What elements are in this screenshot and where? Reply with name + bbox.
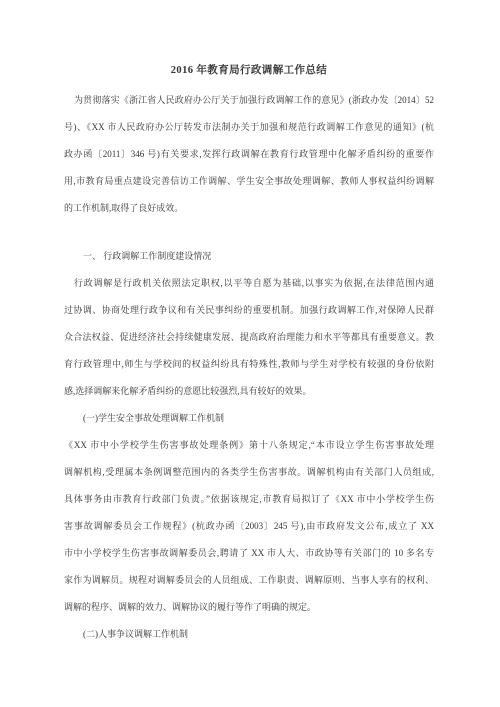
text-line: 一、 行政调解工作制度建设情况 — [64, 243, 434, 270]
text-line: 家作为调解员。规程对调解委员会的人员组成、工作职责、调解原则、当事人享有的权利、 — [64, 567, 434, 594]
text-line: 为贯彻落实《浙江省人民政府办公厅关于加强行政调解工作的意见》(浙政办发〔2014… — [64, 87, 434, 114]
text-line: 用,市教育局重点建设完善信访工作调解、学生安全事故处理调解、教师人事权益纠纷调解 — [64, 168, 434, 195]
document-page: 2016 年教育局行政调解工作总结 为贯彻落实《浙江省人民政府办公厅关于加强行政… — [0, 0, 500, 707]
document-body: 为贯彻落实《浙江省人民政府办公厅关于加强行政调解工作的意见》(浙政办发〔2014… — [64, 87, 434, 648]
text-line: 市中小学校学生伤害事故调解委员会,聘请了 XX 市人大、市政协等有关部门的 10… — [64, 540, 434, 567]
text-line: 政办函〔2011〕346 号)有关要求,发挥行政调解在教育行政管理中化解矛盾纠纷… — [64, 141, 434, 168]
text-line: 具体事务由市教育行政部门负责。”依据该规定,市教育局拟订了《XX 市中小学校学生… — [64, 486, 434, 513]
text-line: 行政调解是行政机关依照法定职权,以平等自愿为基础,以事实为依据,在法律范围内通 — [64, 270, 434, 297]
text-line: 的工作机制,取得了良好成效。 — [64, 195, 434, 222]
blank-line — [64, 222, 434, 243]
text-line: 害事故调解委员会工作规程》(杭政办函〔2003〕245 号),由市政府发文公布,… — [64, 513, 434, 540]
text-line: 育行政管理中,师生与学校间的权益纠纷具有特殊性,教师与学生对学校有较强的身份依附 — [64, 351, 434, 378]
text-line: 过协调、协商处理行政争议和有关民事纠纷的重要机制。加强行政调解工作,对保障人民群 — [64, 297, 434, 324]
text-line: 感,选择调解来化解矛盾纠纷的意愿比较强烈,具有较好的效果。 — [64, 378, 434, 405]
paragraph: 行政调解是行政机关依照法定职权,以平等自愿为基础,以事实为依据,在法律范围内通过… — [64, 270, 434, 405]
paragraph: 为贯彻落实《浙江省人民政府办公厅关于加强行政调解工作的意见》(浙政办发〔2014… — [64, 87, 434, 222]
text-line: 调解机构,受理属本条例调整范围内的各类学生伤害事故。调解机构由有关部门人员组成, — [64, 459, 434, 486]
section-heading: 一、 行政调解工作制度建设情况 — [64, 243, 434, 270]
section-heading: (一)学生安全事故处理调解工作机制 — [64, 405, 434, 432]
text-line: (一)学生安全事故处理调解工作机制 — [64, 405, 434, 432]
text-line: 《XX 市中小学校学生伤害事故处理条例》第十八条规定,“本市设立学生伤害事故处理 — [64, 432, 434, 459]
document-title: 2016 年教育局行政调解工作总结 — [64, 57, 434, 84]
section-heading: (二)人事争议调解工作机制 — [64, 621, 434, 648]
text-line: 号)、《XX 市人民政府办公厅转发市法制办关于加强和规范行政调解工作意见的通知》… — [64, 114, 434, 141]
text-line: 调解的程序、调解的效力、调解协议的履行等作了明确的规定。 — [64, 594, 434, 621]
paragraph: 《XX 市中小学校学生伤害事故处理条例》第十八条规定,“本市设立学生伤害事故处理… — [64, 432, 434, 621]
text-line: (二)人事争议调解工作机制 — [64, 621, 434, 648]
text-line: 众合法权益、促进经济社会持续健康发展、提高政府治理能力和水平等都具有重要意义。教 — [64, 324, 434, 351]
